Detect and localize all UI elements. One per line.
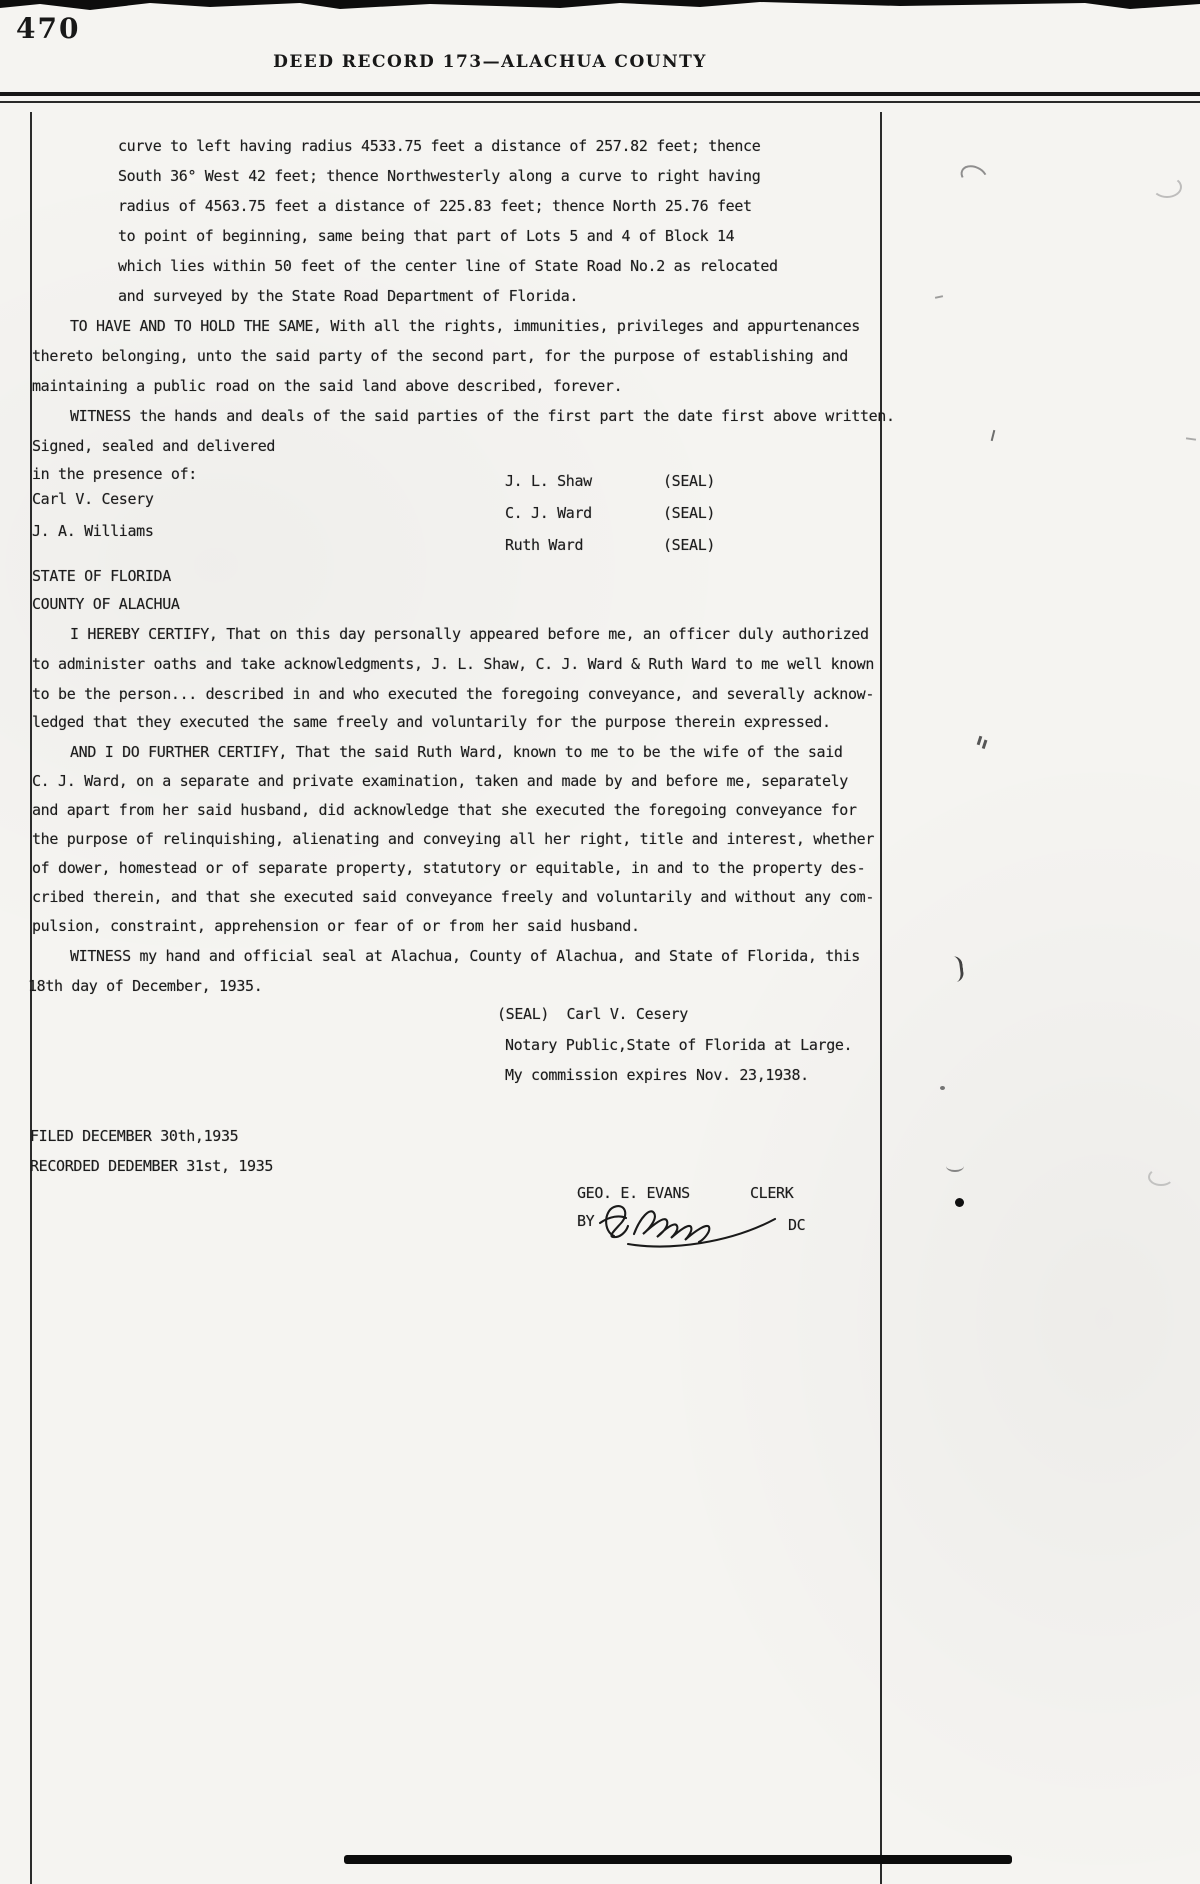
description-line: and surveyed by the State Road Departmen…: [118, 287, 578, 305]
page-number: 470: [16, 12, 80, 45]
signatory-name: Ruth Ward: [505, 536, 583, 554]
description-line: which lies within 50 feet of the center …: [118, 257, 778, 275]
witness-seal-line: 18th day of December, 1935.: [28, 977, 262, 995]
recorded-line: RECORDED DEDEMBER 31st, 1935: [30, 1157, 273, 1175]
signatory-seal: (SEAL): [663, 504, 715, 522]
signatory-name: C. J. Ward: [505, 504, 592, 522]
scan-mark: [1186, 437, 1196, 440]
further-certify-line: pulsion, constraint, apprehension or fea…: [32, 917, 640, 935]
scan-mark: [957, 161, 991, 191]
signatory-name: J. L. Shaw: [505, 472, 592, 490]
description-line: curve to left having radius 4533.75 feet…: [118, 137, 760, 155]
state-line: STATE OF FLORIDA: [32, 567, 171, 585]
further-certify-line: of dower, homestead or of separate prope…: [32, 859, 865, 877]
certify-line: ledged that they executed the same freel…: [32, 713, 831, 731]
habendum-line: maintaining a public road on the said la…: [32, 377, 622, 395]
notary-commission: My commission expires Nov. 23,1938.: [505, 1066, 809, 1084]
filed-line: FILED DECEMBER 30th,1935: [30, 1127, 238, 1145]
right-margin-rule: [880, 112, 882, 1884]
signed-sealed-line: Signed, sealed and delivered: [32, 437, 275, 455]
description-line: South 36° West 42 feet; thence Northwest…: [118, 167, 760, 185]
scan-mark: [1152, 176, 1182, 198]
scan-mark: [977, 736, 983, 745]
county-line: COUNTY OF ALACHUA: [32, 595, 180, 613]
bottom-scan-band: [344, 1855, 1012, 1864]
scan-mark: [948, 955, 964, 982]
scan-mark: [1148, 1168, 1174, 1186]
habendum-line: TO HAVE AND TO HOLD THE SAME, With all t…: [70, 317, 860, 335]
further-certify-line: C. J. Ward, on a separate and private ex…: [32, 772, 848, 790]
notary-seal-name: (SEAL) Carl V. Cesery: [497, 1005, 688, 1023]
signatory-seal: (SEAL): [663, 472, 715, 490]
deputy-signature: [598, 1196, 778, 1250]
page-header-title: DEED RECORD 173—ALACHUA COUNTY: [240, 52, 740, 72]
description-line: radius of 4563.75 feet a distance of 225…: [118, 197, 752, 215]
further-certify-line: the purpose of relinquishing, alienating…: [32, 830, 874, 848]
notary-title: Notary Public,State of Florida at Large.: [505, 1036, 852, 1054]
further-certify-line: cribed therein, and that she executed sa…: [32, 888, 874, 906]
scan-mark: [946, 1160, 964, 1172]
scan-mark: [991, 430, 996, 441]
header-rule-thick: [0, 92, 1200, 96]
certify-line: to administer oaths and take acknowledgm…: [32, 655, 874, 673]
header-rule-thin: [0, 101, 1200, 103]
scan-mark: [935, 295, 943, 299]
presence-line: in the presence of:: [32, 465, 197, 483]
witness-seal-line: WITNESS my hand and official seal at Ala…: [70, 947, 860, 965]
torn-paper-edge: [0, 0, 1200, 12]
deed-record-page: 470 DEED RECORD 173—ALACHUA COUNTY curve…: [0, 0, 1200, 1884]
clerk-by-label: BY: [577, 1212, 594, 1230]
further-certify-line: AND I DO FURTHER CERTIFY, That the said …: [70, 743, 843, 761]
signatory-seal: (SEAL): [663, 536, 715, 554]
witness-name: J. A. Williams: [32, 522, 154, 540]
certify-line: I HEREBY CERTIFY, That on this day perso…: [70, 625, 869, 643]
scan-mark: [940, 1086, 945, 1090]
scan-mark: [955, 1198, 964, 1207]
witness-name: Carl V. Cesery: [32, 490, 154, 508]
certify-line: to be the person... described in and who…: [32, 685, 874, 703]
description-line: to point of beginning, same being that p…: [118, 227, 734, 245]
further-certify-line: and apart from her said husband, did ack…: [32, 801, 857, 819]
witness-clause: WITNESS the hands and deals of the said …: [70, 407, 895, 425]
deputy-clerk-initials: DC: [788, 1216, 805, 1234]
habendum-line: thereto belonging, unto the said party o…: [32, 347, 848, 365]
